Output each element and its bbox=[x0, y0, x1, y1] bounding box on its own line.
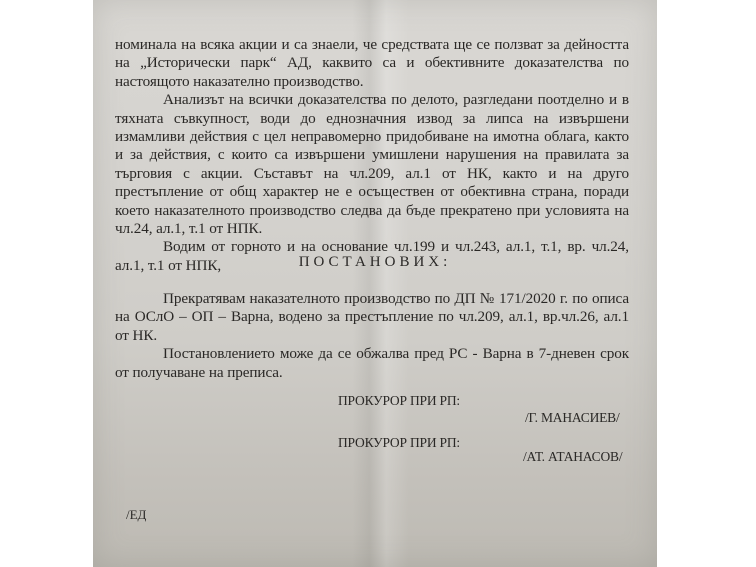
paragraph-continuation: номинала на всяка акции и са знаели, че … bbox=[115, 36, 629, 91]
prosecutor-label-1: ПРОКУРОР ПРИ РП: bbox=[338, 393, 460, 409]
paragraph-termination: Прекратявам наказателното производство п… bbox=[115, 290, 629, 345]
prosecutor-name-2: /АТ. АТАНАСОВ/ bbox=[523, 449, 622, 465]
paragraph-appeal: Постановлението може да се обжалва пред … bbox=[115, 345, 629, 382]
document-page: номинала на всяка акции и са знаели, че … bbox=[93, 0, 657, 567]
paragraph-analysis: Анализът на всички доказателства по дело… bbox=[115, 91, 629, 238]
typist-initials: /ЕД bbox=[126, 507, 146, 523]
prosecutor-label-2: ПРОКУРОР ПРИ РП: bbox=[338, 435, 460, 451]
decision-text: Прекратявам наказателното производство п… bbox=[115, 290, 629, 382]
decision-heading: ПОСТАНОВИХ: bbox=[93, 254, 657, 271]
body-text: номинала на всяка акции и са знаели, че … bbox=[115, 36, 629, 275]
prosecutor-name-1: /Г. МАНАСИЕВ/ bbox=[525, 410, 620, 426]
